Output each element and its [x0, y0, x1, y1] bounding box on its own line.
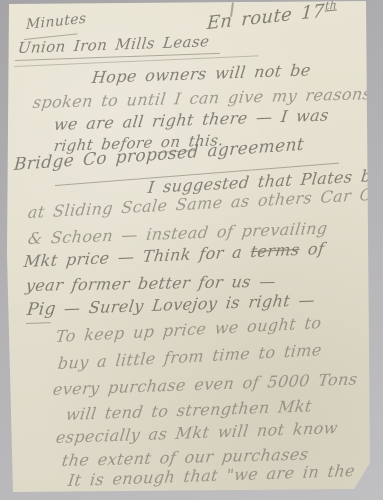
line-text: of: [298, 239, 325, 259]
struck-word: terms: [250, 240, 301, 261]
heading-underline: [26, 322, 51, 324]
note-line: year former better for us —: [25, 272, 277, 295]
note-line: — Surely Lovejoy is right —: [63, 290, 316, 318]
date-text: En route 17: [206, 0, 325, 34]
note-line: buy a little from time to time: [57, 340, 323, 373]
minutes-label: Minutes: [26, 11, 86, 33]
note-line: Hope owners will not be: [91, 60, 312, 87]
note-line: every purchase even of 5000 Tons: [52, 369, 359, 399]
scanned-note: Minutes En route 17th Union Iron Mills L…: [0, 0, 383, 500]
section-heading-pig: Pig: [26, 299, 57, 320]
date-label: En route 17th: [206, 0, 337, 34]
note-line: To keep up price we ought to: [55, 313, 322, 346]
date-ordinal: th: [325, 0, 338, 13]
paper-sheet: Minutes En route 17th Union Iron Mills L…: [0, 0, 383, 500]
